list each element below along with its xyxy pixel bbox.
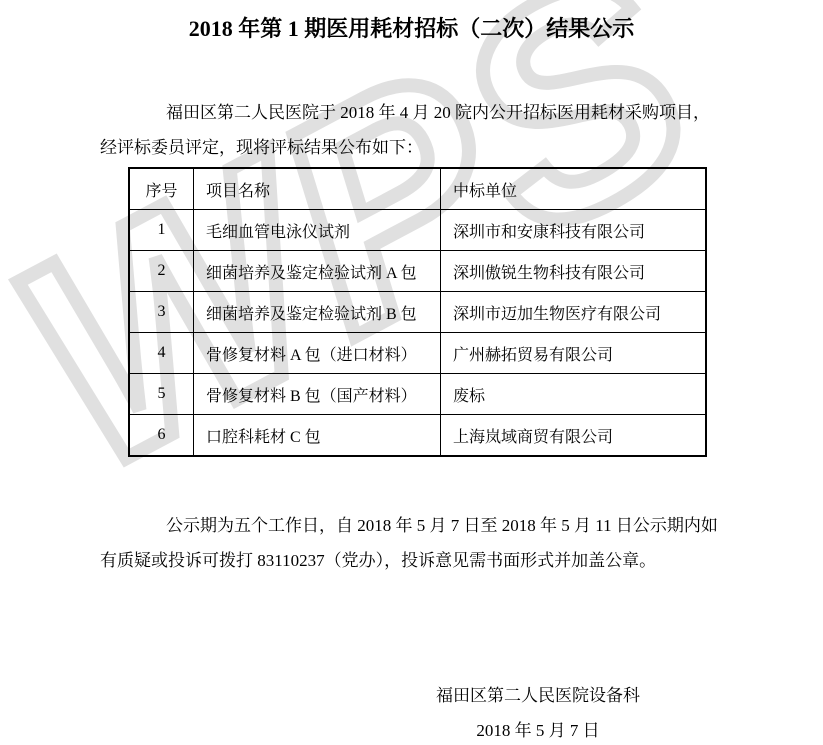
winner-cell: 深圳傲锐生物科技有限公司 [441, 251, 707, 292]
table-row: 2 细菌培养及鉴定检验试剂 A 包 深圳傲锐生物科技有限公司 [129, 251, 706, 292]
serial-cell: 4 [129, 333, 194, 374]
signature-block: 福田区第二人民医院设备科 2018 年 5 月 7 日 [418, 678, 658, 745]
table-row: 3 细菌培养及鉴定检验试剂 B 包 深圳市迈加生物医疗有限公司 [129, 292, 706, 333]
item-cell: 口腔科耗材 C 包 [194, 415, 441, 457]
serial-cell: 6 [129, 415, 194, 457]
serial-cell: 1 [129, 210, 194, 251]
serial-cell: 5 [129, 374, 194, 415]
table-header: 序号 项目名称 中标单位 [129, 168, 706, 210]
table-row: 4 骨修复材料 A 包（进口材料） 广州赫拓贸易有限公司 [129, 333, 706, 374]
intro-line-1: 福田区第二人民医院于 2018 年 4 月 20 院内公开招标医用耗材采购项目， [100, 95, 723, 130]
intro-line-2: 经评标委员评定，现将评标结果公布如下： [100, 130, 723, 165]
page-title: 2018 年第 1 期医用耗材招标（二次）结果公示 [100, 14, 723, 44]
serial-cell: 2 [129, 251, 194, 292]
item-cell: 细菌培养及鉴定检验试剂 A 包 [194, 251, 441, 292]
closing-paragraph: 公示期为五个工作日，自 2018 年 5 月 7 日至 2018 年 5 月 1… [100, 508, 723, 578]
winner-cell: 深圳市迈加生物医疗有限公司 [441, 292, 707, 333]
document-content: 2018 年第 1 期医用耗材招标（二次）结果公示 福田区第二人民医院于 201… [0, 0, 823, 745]
signature-date: 2018 年 5 月 7 日 [418, 713, 658, 745]
winner-cell: 广州赫拓贸易有限公司 [441, 333, 707, 374]
closing-line-1: 公示期为五个工作日，自 2018 年 5 月 7 日至 2018 年 5 月 1… [100, 508, 723, 543]
table-body: 1 毛细血管电泳仪试剂 深圳市和安康科技有限公司 2 细菌培养及鉴定检验试剂 A… [129, 210, 706, 457]
serial-cell: 3 [129, 292, 194, 333]
table-row: 6 口腔科耗材 C 包 上海岚域商贸有限公司 [129, 415, 706, 457]
table-row: 1 毛细血管电泳仪试剂 深圳市和安康科技有限公司 [129, 210, 706, 251]
bid-result-table: 序号 项目名称 中标单位 1 毛细血管电泳仪试剂 深圳市和安康科技有限公司 2 … [128, 167, 707, 457]
table-row: 5 骨修复材料 B 包（国产材料） 废标 [129, 374, 706, 415]
closing-line-2: 有质疑或投诉可拨打 83110237（党办），投诉意见需书面形式并加盖公章。 [100, 543, 723, 578]
item-cell: 毛细血管电泳仪试剂 [194, 210, 441, 251]
header-item: 项目名称 [194, 168, 441, 210]
item-cell: 细菌培养及鉴定检验试剂 B 包 [194, 292, 441, 333]
item-cell: 骨修复材料 A 包（进口材料） [194, 333, 441, 374]
item-cell: 骨修复材料 B 包（国产材料） [194, 374, 441, 415]
intro-paragraph: 福田区第二人民医院于 2018 年 4 月 20 院内公开招标医用耗材采购项目，… [100, 95, 723, 165]
header-serial: 序号 [129, 168, 194, 210]
winner-cell: 深圳市和安康科技有限公司 [441, 210, 707, 251]
signature-org: 福田区第二人民医院设备科 [418, 678, 658, 713]
header-winner: 中标单位 [441, 168, 707, 210]
document-page: WPS 2018 年第 1 期医用耗材招标（二次）结果公示 福田区第二人民医院于… [0, 0, 823, 745]
winner-cell: 上海岚域商贸有限公司 [441, 415, 707, 457]
table-header-row: 序号 项目名称 中标单位 [129, 168, 706, 210]
winner-cell: 废标 [441, 374, 707, 415]
